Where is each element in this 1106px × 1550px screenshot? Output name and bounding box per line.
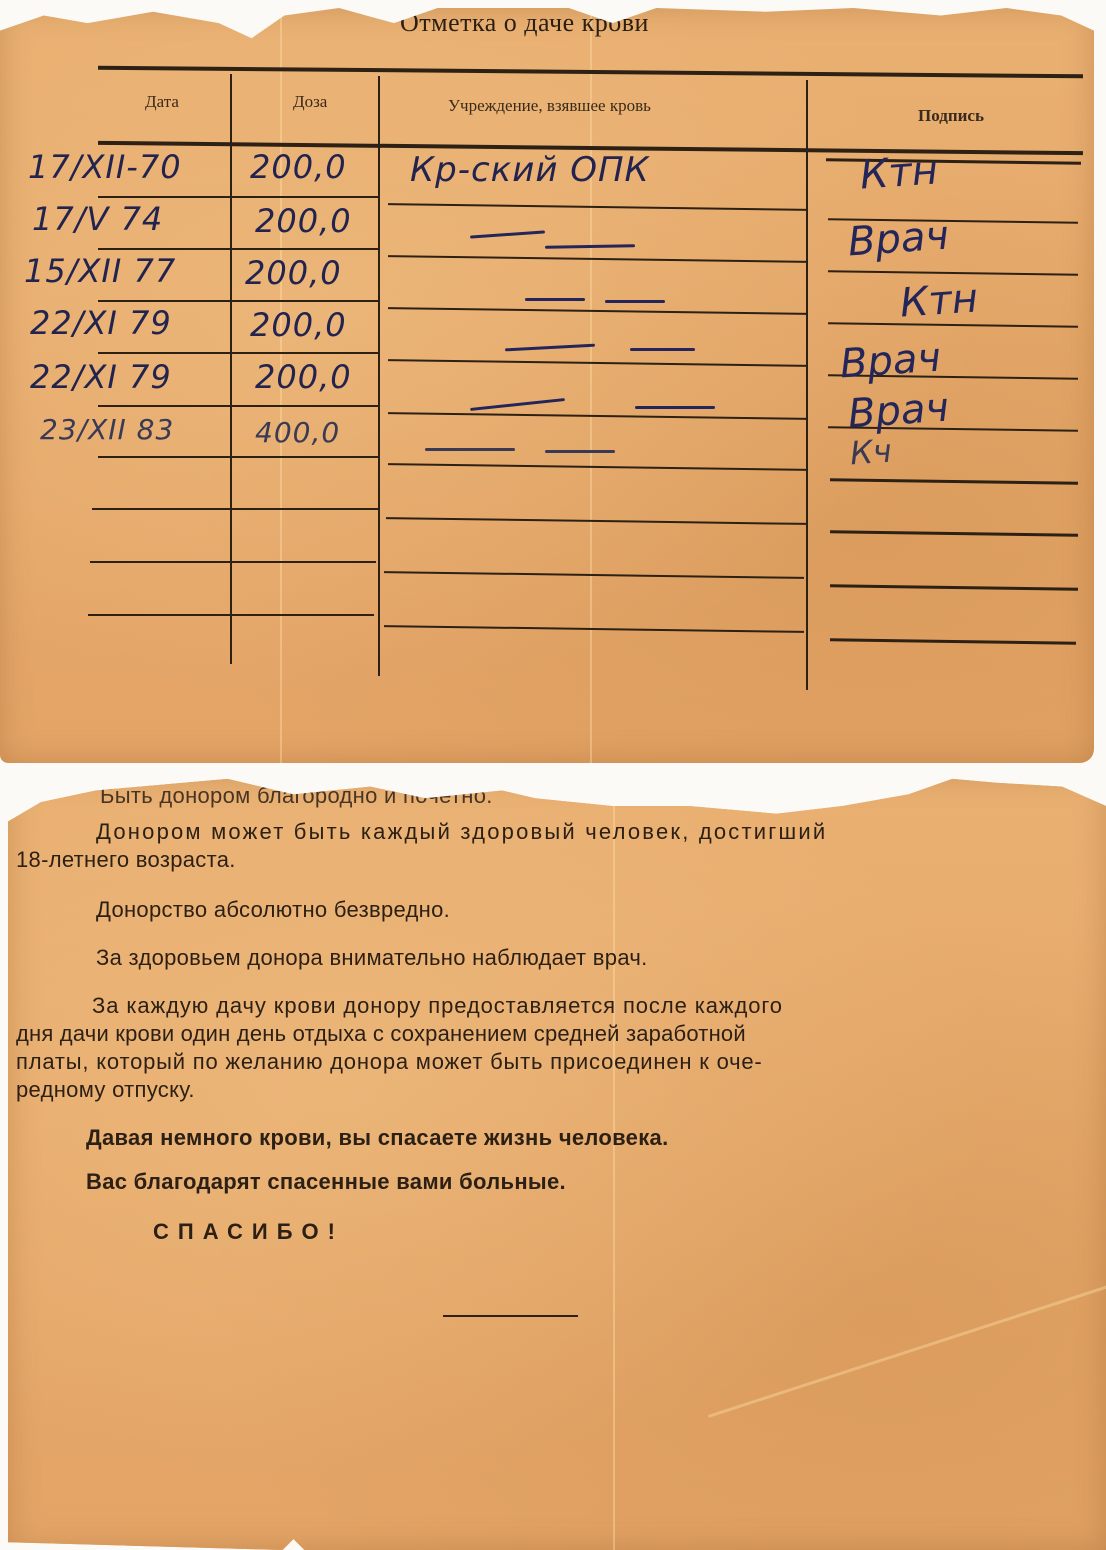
row-rule	[388, 359, 808, 367]
row-rule	[384, 625, 804, 633]
row-rule	[98, 405, 380, 407]
info-line: Донором может быть каждый здоровый челов…	[96, 819, 827, 845]
row-rule	[98, 456, 380, 458]
column-header-dose: Доза	[293, 92, 327, 112]
info-line-header: Быть донором благородно и почетно.	[100, 783, 493, 809]
info-bold-line: Вас благодарят спасенные вами больные.	[86, 1169, 566, 1195]
paper-fold	[590, 8, 592, 763]
entry-dose: 200,0	[255, 358, 352, 396]
row-rule	[388, 255, 808, 263]
entry-dose: 200,0	[250, 306, 347, 344]
row-rule	[98, 300, 380, 302]
entry-date: 17/XII-70	[28, 148, 182, 186]
entry-date: 15/XII 77	[24, 252, 176, 290]
row-rule	[388, 463, 808, 471]
column-header-signature: Подпись	[918, 106, 984, 126]
row-rule	[90, 561, 376, 563]
entry-dose: 200,0	[250, 148, 347, 186]
signature: Врач	[847, 385, 951, 438]
signature: Врач	[847, 213, 951, 266]
thanks-text: СПАСИБО!	[153, 1219, 344, 1245]
row-rule	[98, 248, 380, 250]
column-divider	[230, 74, 232, 664]
entry-date: 23/XII 83	[40, 413, 174, 446]
column-header-date: Дата	[145, 92, 179, 112]
entry-dose: 400,0	[255, 416, 340, 449]
row-rule	[386, 517, 806, 525]
row-rule	[384, 571, 804, 579]
entry-date: 17/V 74	[32, 200, 163, 238]
donation-record-sheet: Отметка о даче крови Дата Доза Учреждени…	[0, 8, 1094, 763]
info-line: редному отпуску.	[16, 1077, 195, 1103]
column-divider	[806, 80, 808, 690]
info-line: Донорство абсолютно безвредно.	[96, 897, 450, 923]
row-rule	[98, 196, 380, 198]
row-rule	[388, 412, 808, 420]
row-rule	[830, 478, 1078, 484]
card-title: Отметка о даче крови	[400, 8, 649, 38]
paper-crease	[708, 1285, 1106, 1418]
signature: Врач	[839, 335, 943, 388]
info-line: 18-летнего возраста.	[16, 847, 236, 873]
entry-institution: Кр-ский ОПК	[410, 150, 650, 190]
info-line: платы, который по желанию донора может б…	[16, 1049, 763, 1075]
entry-dose: 200,0	[255, 202, 352, 240]
row-rule	[828, 322, 1078, 327]
info-line: дня дачи крови один день отдыха с сохран…	[16, 1021, 746, 1047]
signature: Кч	[849, 432, 893, 473]
row-rule	[388, 203, 808, 211]
row-rule	[830, 530, 1078, 536]
row-rule	[830, 584, 1078, 590]
column-header-institution: Учреждение, взявшее кровь	[448, 96, 651, 116]
info-bold-line: Давая немного крови, вы спасаете жизнь ч…	[86, 1125, 668, 1151]
entry-dose: 200,0	[245, 254, 342, 292]
row-rule	[92, 508, 378, 510]
entry-date: 22/XI 79	[30, 358, 172, 396]
signature: Ктн	[898, 275, 979, 326]
row-rule	[828, 270, 1078, 275]
column-divider	[378, 76, 380, 676]
row-rule	[98, 352, 380, 354]
info-line: За каждую дачу крови донору предоставляе…	[92, 993, 783, 1019]
paper-fold	[613, 775, 615, 1550]
row-rule	[88, 614, 374, 616]
info-line: За здоровьем донора внимательно наблюдае…	[96, 945, 648, 971]
donor-info-sheet: Быть донором благородно и почетно. Донор…	[8, 775, 1106, 1550]
signature: Ктн	[858, 147, 939, 198]
divider-line	[443, 1315, 578, 1317]
entry-date: 22/XI 79	[30, 304, 172, 342]
row-rule	[830, 638, 1076, 644]
row-rule	[388, 307, 808, 315]
